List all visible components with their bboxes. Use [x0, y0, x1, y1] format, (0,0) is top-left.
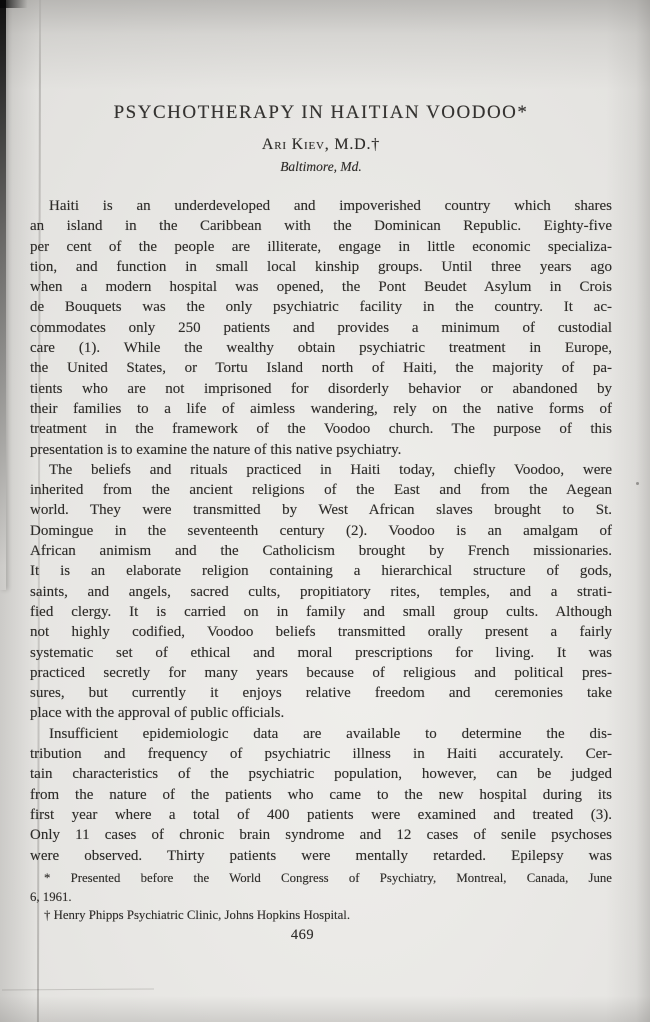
text-line: Insufficient epidemiologic data are avai…: [30, 724, 612, 744]
text-line: practiced secretly for many years becaus…: [30, 663, 612, 683]
scan-top-left-shadow: [0, 0, 30, 8]
scanned-paper-page: PSYCHOTHERAPY IN HAITIAN VOODOO* Ari Kie…: [0, 0, 650, 1022]
text-line: 6, 1961.: [30, 888, 612, 907]
text-line: commodates only 250 patients and provide…: [30, 318, 612, 338]
author-name: Ari Kiev, M.D.†: [30, 136, 612, 154]
text-line: tribution and frequency of psychiatric i…: [30, 744, 612, 764]
text-line: It is an elaborate religion containing a…: [30, 561, 612, 581]
text-line: when a modern hospital was opened, the P…: [30, 277, 612, 297]
author-location: Baltimore, Md.: [30, 159, 612, 175]
text-line: fied clergy. It is carried on in family …: [30, 602, 612, 622]
article-title: PSYCHOTHERAPY IN HAITIAN VOODOO*: [30, 102, 612, 124]
footnote-clinic: † Henry Phipps Psychiatric Clinic, Johns…: [30, 906, 612, 925]
text-line: Domingue in the seventeenth century (2).…: [30, 521, 612, 541]
text-line: place with the approval of public offici…: [30, 703, 612, 723]
paragraph-beliefs: The beliefs and rituals practiced in Hai…: [30, 460, 612, 724]
footnotes: * Presented before the World Congress of…: [30, 869, 612, 925]
text-line: an island in the Caribbean with the Domi…: [30, 216, 612, 236]
text-line: de Bouquets was the only psychiatric fac…: [30, 297, 612, 317]
text-line: not highly codified, Voodoo beliefs tran…: [30, 622, 612, 642]
text-line: per cent of the people are illiterate, e…: [30, 237, 612, 257]
text-line: tain characteristics of the psychiatric …: [30, 764, 612, 784]
text-line: Haiti is an underdeveloped and impoveris…: [30, 196, 612, 216]
text-line: care (1). While the wealthy obtain psych…: [30, 338, 612, 358]
text-line: † Henry Phipps Psychiatric Clinic, Johns…: [30, 906, 612, 925]
page-number: 469: [30, 927, 575, 944]
text-line: tion, and function in small local kinshi…: [30, 257, 612, 277]
article-body: Haiti is an underdeveloped and impoveris…: [30, 196, 612, 866]
text-line: first year where a total of 400 patients…: [30, 805, 612, 825]
scan-left-edge-shadow: [0, 0, 6, 590]
text-line: saints, and angels, sacred cults, propit…: [30, 582, 612, 602]
text-line: sures, but currently it enjoys relative …: [30, 683, 612, 703]
text-line: systematic set of ethical and moral pres…: [30, 643, 612, 663]
footnote-presented: * Presented before the World Congress of…: [30, 869, 612, 906]
text-line: tients who are not imprisoned for disord…: [30, 379, 612, 399]
text-line: treatment in the framework of the Voodoo…: [30, 419, 612, 439]
text-line: The beliefs and rituals practiced in Hai…: [30, 460, 612, 480]
text-line: * Presented before the World Congress of…: [30, 869, 612, 888]
text-line: world. They were transmitted by West Afr…: [30, 500, 612, 520]
scan-speck: [636, 482, 639, 485]
text-line: inherited from the ancient religions of …: [30, 480, 612, 500]
text-line: presentation is to examine the nature of…: [30, 440, 612, 460]
paragraph-intro: Haiti is an underdeveloped and impoveris…: [30, 196, 612, 460]
text-line: from the nature of the patients who came…: [30, 785, 612, 805]
text-line: African animism and the Catholicism brou…: [30, 541, 612, 561]
text-line: the United States, or Tortu Island north…: [30, 358, 612, 378]
page-content: PSYCHOTHERAPY IN HAITIAN VOODOO* Ari Kie…: [30, 0, 612, 1022]
text-line: Only 11 cases of chronic brain syndrome …: [30, 825, 612, 845]
text-line: their families to a life of aimless wand…: [30, 399, 612, 419]
paragraph-epidemiology: Insufficient epidemiologic data are avai…: [30, 724, 612, 866]
text-line: were observed. Thirty patients were ment…: [30, 846, 612, 866]
